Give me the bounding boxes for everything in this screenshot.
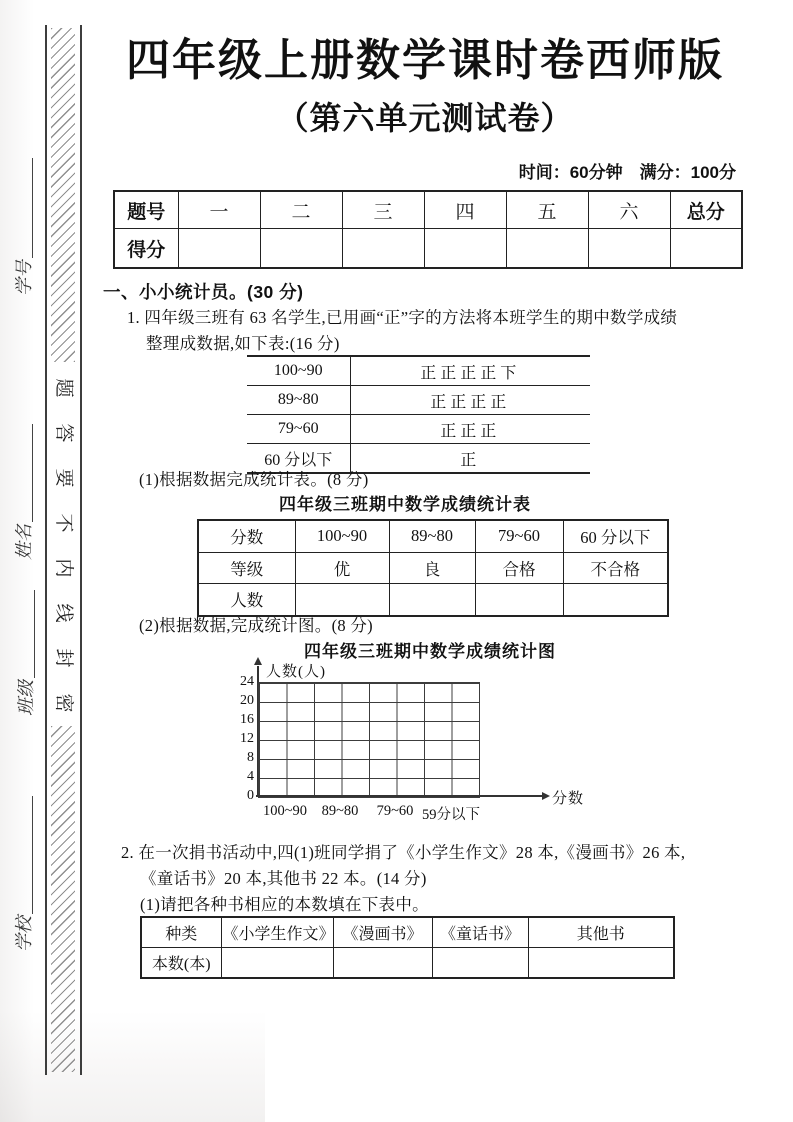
tally-row: 100~90 正正正正下 [247,356,590,386]
tally-marks-cell: 正正正正下 [350,356,590,386]
score-header-row: 题号 一 二 三 四 五 六 总分 [114,191,742,229]
score-header-cell: 六 [588,191,670,229]
student-name-label: 姓名 [8,390,36,560]
stats-row-count: 人数 [198,584,668,616]
q1-text-line2: 整理成数据,如下表:(16 分) [146,330,340,354]
books-cell: 本数(本) [141,948,221,979]
stats-table-title: 四年级三班期中数学成绩统计表 [185,490,625,515]
q1-part1-text: (1)根据数据完成统计表。(8 分) [139,466,369,490]
paper-subtitle: （第六单元测试卷） [95,93,755,139]
stats-cell: 100~90 [295,520,389,552]
stats-cell: 人数 [198,584,295,616]
stats-cell: 不合格 [563,552,668,584]
books-blank-cell [221,948,333,979]
seal-hatching-top [51,28,75,362]
books-blank-cell [432,948,528,979]
stats-cell: 60 分以下 [563,520,668,552]
score-header-cell: 二 [260,191,342,229]
seal-char: 线 [52,597,74,629]
student-id-label: 学号 [8,124,36,296]
score-header-cell: 一 [178,191,260,229]
tally-table: 100~90 正正正正下 89~80 正正正正 79~60 正正正 60 分以下… [247,355,590,474]
student-name-text: 姓名 [10,524,36,560]
seal-line-outer-rule [80,25,82,1075]
x-axis-arrow-icon [542,792,550,800]
student-id-blank [32,158,33,258]
books-cell: 《漫画书》 [333,917,432,948]
y-tick-label: 12 [230,730,254,748]
q2-text-line1: 2. 在一次捐书活动中,四(1)班同学捐了《小学生作文》28 本,《漫画书》26… [121,839,685,863]
tally-range-cell: 89~80 [247,386,350,415]
seal-char: 题 [52,372,74,404]
class-blank [34,590,35,678]
seal-line-inner-rule [45,25,47,1075]
y-tick-label: 24 [230,673,254,691]
x-axis [256,795,544,797]
seal-char: 封 [52,642,74,674]
score-blank-cell [342,229,424,269]
books-blank-cell [333,948,432,979]
y-tick-label: 4 [230,768,254,786]
paper-title: 四年级上册数学课时卷西师版 [95,24,755,88]
y-tick-label: 20 [230,692,254,710]
score-header-cell: 总分 [670,191,742,229]
books-cell: 其他书 [528,917,674,948]
score-row-label: 得分 [114,229,178,269]
q2-text-line2: 《童话书》20 本,其他书 22 本。(14 分) [140,865,427,889]
tally-marks-cell: 正正正 [350,415,590,444]
tally-row: 79~60 正正正 [247,415,590,444]
seal-char: 答 [52,417,74,449]
section1-heading: 一、小小统计员。(30 分) [103,279,303,304]
class-label: 班级 [10,558,38,716]
stats-cell: 89~80 [389,520,475,552]
books-blank-cell [528,948,674,979]
stats-cell: 79~60 [475,520,563,552]
y-tick-label: 8 [230,749,254,767]
stats-blank-cell [563,584,668,616]
q2-part1-text: (1)请把各种书相应的本数填在下表中。 [140,891,429,915]
stats-cell: 等级 [198,552,295,584]
score-blank-cell [588,229,670,269]
score-value-row: 得分 [114,229,742,269]
tally-row: 89~80 正正正正 [247,386,590,415]
score-blank-cell [178,229,260,269]
y-axis-label: 人数(人) [266,660,326,681]
score-summary-table: 题号 一 二 三 四 五 六 总分 得分 [113,190,743,269]
stats-cell: 优 [295,552,389,584]
school-text: 学校 [10,916,36,952]
stats-chart: 人数(人) 24 20 16 12 8 4 0 100~90 89~80 79~… [230,658,575,828]
books-cell: 《小学生作文》 [221,917,333,948]
books-count-row: 本数(本) [141,948,674,979]
stats-row-grade: 等级 优 良 合格 不合格 [198,552,668,584]
student-id-text: 学号 [10,260,36,296]
stats-blank-cell [295,584,389,616]
q1-text-line1: 1. 四年级三班有 63 名学生,已用画“正”字的方法将本班学生的期中数学成绩 [127,304,677,328]
books-cell: 种类 [141,917,221,948]
tally-marks-cell: 正 [350,444,590,474]
time-score-info: 时间：60分钟 满分：100分 [380,158,736,183]
stats-cell: 分数 [198,520,295,552]
score-blank-cell [670,229,742,269]
score-header-cell: 四 [424,191,506,229]
seal-char: 密 [52,687,74,719]
q1-part2-text: (2)根据数据,完成统计图。(8 分) [139,612,373,636]
exam-paper-page: 题 答 要 不 内 线 封 密 学号 姓名 班级 学校 四年级上册数学课时卷西师… [0,0,793,1122]
stats-table: 分数 100~90 89~80 79~60 60 分以下 等级 优 良 合格 不… [197,519,669,617]
score-blank-cell [506,229,588,269]
tally-range-cell: 79~60 [247,415,350,444]
stats-blank-cell [475,584,563,616]
chart-grid [258,682,480,798]
seal-hatching-bottom [51,726,75,1072]
seal-char: 要 [52,462,74,494]
page-corner-shading [0,1010,265,1122]
tally-marks-cell: 正正正正 [350,386,590,415]
books-cell: 《童话书》 [432,917,528,948]
school-label: 学校 [8,758,36,952]
student-name-blank [32,424,33,522]
score-header-cell: 五 [506,191,588,229]
tally-range-cell: 100~90 [247,356,350,386]
x-category-label: 59分以下 [406,803,496,824]
books-table: 种类 《小学生作文》 《漫画书》 《童话书》 其他书 本数(本) [140,916,675,979]
y-axis-arrow-icon [254,657,262,665]
seal-char: 内 [52,552,74,584]
stats-cell: 良 [389,552,475,584]
class-text: 班级 [12,680,38,716]
score-header-cell: 三 [342,191,424,229]
score-header-cell: 题号 [114,191,178,229]
seal-char: 不 [52,507,74,539]
books-header-row: 种类 《小学生作文》 《漫画书》 《童话书》 其他书 [141,917,674,948]
stats-cell: 合格 [475,552,563,584]
stats-row-score: 分数 100~90 89~80 79~60 60 分以下 [198,520,668,552]
x-axis-label: 分数 [552,787,584,808]
score-blank-cell [260,229,342,269]
school-blank [32,796,33,914]
score-blank-cell [424,229,506,269]
stats-blank-cell [389,584,475,616]
y-tick-label: 16 [230,711,254,729]
